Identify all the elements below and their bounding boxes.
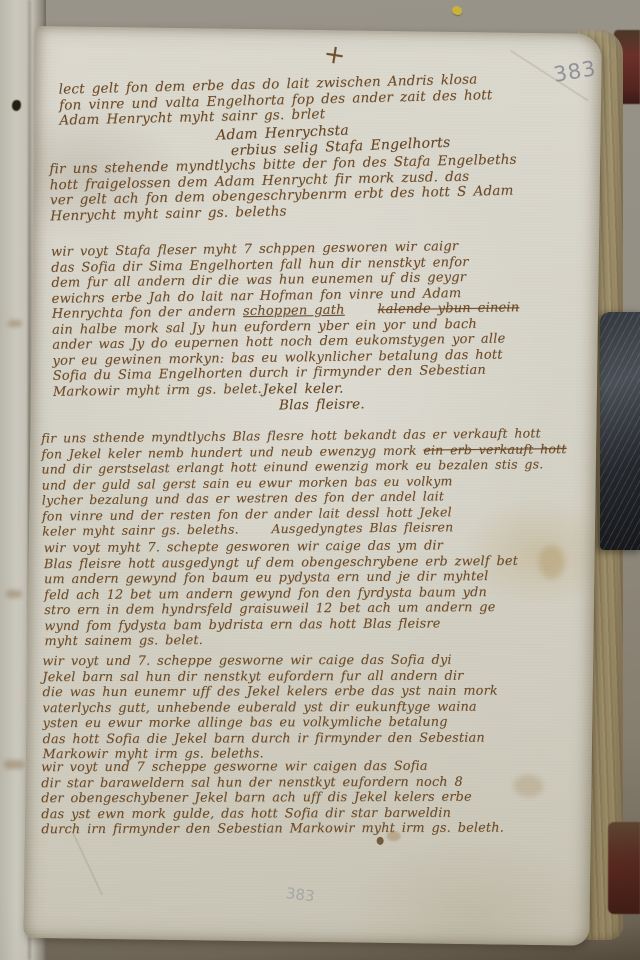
ausgedyngt-note: Ausgedyngtes Blas fleisren (271, 519, 453, 536)
paper-stain (513, 775, 543, 797)
manuscript-line: Jekel barn sal hun dir nenstkyt euforder… (42, 668, 497, 685)
page-number-bottom: 383 (285, 884, 316, 905)
manuscript-line: vaterlychs gutt, unhebende euberald yst … (42, 699, 497, 716)
heading-jekel-keler: Jekel keler. Blas fleisre. (263, 381, 365, 413)
manuscript-line: der obengeschybener Jekel barn ach uff d… (41, 790, 504, 807)
paper-stain (538, 545, 564, 579)
page-number-top: 383 (552, 56, 598, 87)
ink-stain (377, 837, 384, 845)
ink-blot (12, 100, 21, 111)
debris-speck (452, 6, 462, 15)
underlined-text: schoppen gath (243, 303, 345, 319)
paragraph-2: fir uns stehende myndtlychs bitte der fo… (49, 153, 518, 225)
manuscript-line: wir voyt und 7 scheppe gesworne wir caig… (41, 759, 504, 776)
manuscript-page: + 383 lect gelt fon dem erbe das do lait… (23, 26, 602, 946)
manuscript-line: wir voyt und 7. scheppe gesworne wir cai… (42, 653, 497, 670)
paragraph-6: wir voyt und 7. scheppe gesworne wir cai… (42, 653, 498, 763)
struck-text: ein erb verkauft hott (423, 441, 566, 457)
manuscript-line: ysten eu ewur morke allinge bas eu volky… (43, 715, 498, 732)
dark-book-block (600, 312, 640, 550)
manuscript-line: das hott Sofia die Jekel barn durch ir f… (43, 730, 498, 747)
struck-text: kalende ybun einein (377, 300, 519, 317)
paragraph-3: wir voyt Stafa fleser myht 7 schppen ges… (51, 238, 521, 400)
cross-mark: + (321, 39, 347, 72)
manuscript-line: das yst ewn mork gulde, das hott Sofia d… (41, 805, 504, 822)
book-cover-edge-bottom (608, 822, 640, 914)
ink-show-through (4, 760, 24, 769)
manuscript-line: myht sainem gs. belet. (44, 631, 518, 650)
manuscript-line: stro ern in dem hyndrsfeld graisuweil 12… (44, 600, 518, 619)
manuscript-line: dir star baraweldern sal hun der nenstky… (41, 774, 504, 791)
ink-show-through (6, 590, 22, 598)
paragraph-5: wir voyt myht 7. schepte gesworen wir ca… (44, 538, 519, 650)
manuscript-line: die was hun eunemr uff des Jekel kelers … (42, 684, 497, 701)
manuscript-line: durch irn firmynder den Sebestian Markow… (41, 821, 504, 838)
line-text: keler myht sainr gs. beleths. (42, 521, 239, 538)
line-text: Henrychta fon der andern (52, 304, 236, 322)
manuscript-photo: + 383 lect gelt fon dem erbe das do lait… (0, 0, 640, 960)
manuscript-line: Blas fleisre. (279, 397, 365, 414)
ink-show-through (8, 320, 22, 327)
paragraph-4: fir uns sthende myndtlychs Blas flesre h… (41, 425, 567, 539)
paragraph-7: wir voyt und 7 scheppe gesworne wir caig… (41, 759, 504, 838)
paper-crease (72, 831, 103, 895)
